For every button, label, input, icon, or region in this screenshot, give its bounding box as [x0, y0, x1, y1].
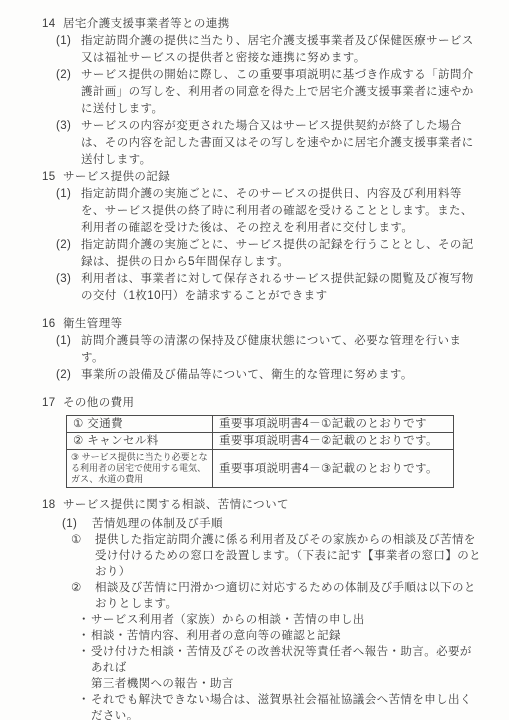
- section-title: サービス提供の記録: [63, 169, 509, 186]
- complaint-bullet: ・ 相談・苦情内容、利用者の意向等の確認と記録: [0, 628, 509, 644]
- clause-label: (2): [56, 367, 81, 384]
- fee-value-cell: 重要事項説明書4－①記載のとおりです: [213, 416, 454, 433]
- section-title: 衛生管理等: [63, 316, 509, 333]
- clause-text: 利用者は、事業者に対して保存されるサービス提供記録の閲覧及び複写物の交付（1枚1…: [81, 271, 481, 305]
- circled-number: ②: [71, 580, 95, 612]
- bullet-marker: ・: [78, 628, 91, 644]
- circled-item: ① 提供した指定訪問介護に係る利用者及びその家族からの相談及び苦情を受け付けるた…: [0, 532, 509, 580]
- section-18: 18 サービス提供に関する相談、苦情について (1) 苦情処理の体制及び手順 ①…: [0, 497, 509, 720]
- clause-text: サービス提供の開始に際し、この重要事項説明に基づき作成する「訪問介護計画」の写し…: [81, 67, 481, 118]
- bullet-text: 第三者機関への報告・助言: [91, 676, 483, 692]
- clause-label: (3): [56, 271, 81, 305]
- fee-row-transport: ① 交通費 重要事項説明書4－①記載のとおりです: [67, 416, 454, 433]
- circled-number: ①: [71, 532, 95, 580]
- section-number: 15: [42, 169, 63, 186]
- clause-text: 苦情処理の体制及び手順: [92, 516, 481, 532]
- circled-item: ② 相談及び苦情に円滑かつ適切に対応するための体制及び手順は以下のとおりとします…: [0, 580, 509, 612]
- bullet-marker: ・: [78, 612, 91, 628]
- clause-item: (1) 指定訪問介護の提供に当たり、居宅介護支援事業者及び保健医療サービス又は福…: [0, 33, 509, 67]
- clause-text: 指定訪問介護の実施ごとに、サービス提供の記録を行うこととし、その記録は、提供の日…: [81, 237, 481, 271]
- fee-row-utilities: ③ サービス提供に当たり必要となる利用者の居宅で使用する電気、ガス、水道の費用 …: [67, 450, 454, 488]
- clause-item: (1) 訪問介護員等の清潔の保持及び健康状態について、必要な管理を行います。: [0, 333, 509, 367]
- section-title: サービス提供に関する相談、苦情について: [63, 497, 509, 513]
- bullet-text: サービス利用者（家族）からの相談・苦情の申し出: [91, 612, 483, 628]
- clause-item: (2) サービス提供の開始に際し、この重要事項説明に基づき作成する「訪問介護計画…: [0, 67, 509, 118]
- fee-value-cell: 重要事項説明書4－②記載のとおりです。: [213, 433, 454, 450]
- clause-text: 指定訪問介護の提供に当たり、居宅介護支援事業者及び保健医療サービス又は福祉サービ…: [81, 33, 481, 67]
- complaint-bullet-continuation: 第三者機関への報告・助言: [0, 676, 509, 692]
- fee-value-cell: 重要事項説明書4－③記載のとおりです。: [213, 450, 454, 488]
- clause-text: 相談及び苦情に円滑かつ適切に対応するための体制及び手順は以下のとおりとします。: [95, 580, 483, 612]
- section-number: 16: [42, 316, 63, 333]
- section-title: その他の費用: [63, 395, 509, 412]
- clause-label: (2): [56, 67, 81, 118]
- clause-text: 事業所の設備及び備品等について、衛生的な管理に努めます。: [81, 367, 481, 384]
- section-17-heading: 17 その他の費用: [0, 395, 509, 412]
- complaint-bullet: ・ それでも解決できない場合は、滋賀県社会福祉協議会へ苦情を申し出ください。: [0, 692, 509, 720]
- section-15-heading: 15 サービス提供の記録: [0, 169, 509, 186]
- section-number: 17: [42, 395, 63, 412]
- bullet-marker: ・: [78, 692, 91, 720]
- clause-text: サービスの内容が変更された場合又はサービス提供契約が終了した場合は、その内容を記…: [81, 118, 481, 169]
- section-15: 15 サービス提供の記録 (1) 指定訪問介護の実施ごとに、そのサービスの提供日…: [0, 169, 509, 305]
- clause-item: (3) 利用者は、事業者に対して保存されるサービス提供記録の閲覧及び複写物の交付…: [0, 271, 509, 305]
- complaint-bullet: ・ サービス利用者（家族）からの相談・苦情の申し出: [0, 612, 509, 628]
- section-16: 16 衛生管理等 (1) 訪問介護員等の清潔の保持及び健康状態について、必要な管…: [0, 316, 509, 384]
- section-17: 17 その他の費用 ① 交通費 重要事項説明書4－①記載のとおりです ② キャン…: [0, 395, 509, 488]
- fee-row-cancel: ② キャンセル料 重要事項説明書4－②記載のとおりです。: [67, 433, 454, 450]
- clause-text: 指定訪問介護の実施ごとに、そのサービスの提供日、内容及び利用料等を、サービス提供…: [81, 186, 481, 237]
- section-18-heading: 18 サービス提供に関する相談、苦情について: [0, 497, 509, 513]
- clause-item: (2) 事業所の設備及び備品等について、衛生的な管理に努めます。: [0, 367, 509, 384]
- section-14-heading: 14 居宅介護支援事業者等との連携: [0, 16, 509, 33]
- clause-text: 提供した指定訪問介護に係る利用者及びその家族からの相談及び苦情を受け付けるための…: [95, 532, 483, 580]
- section-16-heading: 16 衛生管理等: [0, 316, 509, 333]
- section-14: 14 居宅介護支援事業者等との連携 (1) 指定訪問介護の提供に当たり、居宅介護…: [0, 16, 509, 169]
- fee-label-cell: ① 交通費: [67, 416, 213, 433]
- fee-label-cell: ② キャンセル料: [67, 433, 213, 450]
- complaint-bullet: ・ 受け付けた相談・苦情及びその改善状況等責任者へ報告・助言。必要があれば: [0, 644, 509, 676]
- section-number: 18: [42, 497, 63, 513]
- clause-label: (1): [56, 333, 81, 367]
- bullet-marker: ・: [78, 644, 91, 676]
- clause-item: (2) 指定訪問介護の実施ごとに、サービス提供の記録を行うこととし、その記録は、…: [0, 237, 509, 271]
- bullet-text: それでも解決できない場合は、滋賀県社会福祉協議会へ苦情を申し出ください。: [91, 692, 483, 720]
- clause-label: (2): [56, 237, 81, 271]
- clause-label: (1): [62, 516, 92, 532]
- bullet-text: 相談・苦情内容、利用者の意向等の確認と記録: [91, 628, 483, 644]
- clause-label: (1): [56, 33, 81, 67]
- subsection-item: (1) 苦情処理の体制及び手順: [0, 516, 509, 532]
- other-fees-table: ① 交通費 重要事項説明書4－①記載のとおりです ② キャンセル料 重要事項説明…: [66, 415, 454, 488]
- section-title: 居宅介護支援事業者等との連携: [63, 16, 509, 33]
- clause-label: (1): [56, 186, 81, 237]
- scanned-contract-page: 14 居宅介護支援事業者等との連携 (1) 指定訪問介護の提供に当たり、居宅介護…: [0, 0, 509, 720]
- clause-label: (3): [56, 118, 81, 169]
- fee-label-cell: ③ サービス提供に当たり必要となる利用者の居宅で使用する電気、ガス、水道の費用: [67, 450, 213, 488]
- clause-text: 訪問介護員等の清潔の保持及び健康状態について、必要な管理を行います。: [81, 333, 481, 367]
- clause-item: (3) サービスの内容が変更された場合又はサービス提供契約が終了した場合は、その…: [0, 118, 509, 169]
- bullet-text: 受け付けた相談・苦情及びその改善状況等責任者へ報告・助言。必要があれば: [91, 644, 483, 676]
- section-number: 14: [42, 16, 63, 33]
- clause-item: (1) 指定訪問介護の実施ごとに、そのサービスの提供日、内容及び利用料等を、サー…: [0, 186, 509, 237]
